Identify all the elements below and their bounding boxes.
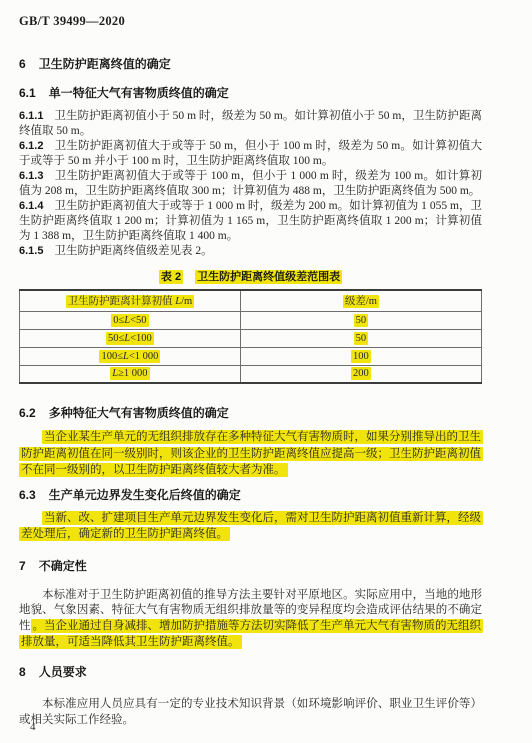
- clause-6-1-1: 6.1.1卫生防护距离初值小于 50 m 时，级差为 50 m。如计算初值小于 …: [19, 109, 482, 139]
- document-page: GB/T 39499—2020 6卫生防护距离终值的确定 6.1单一特征大气有害…: [0, 0, 532, 743]
- section-8-heading: 8人员要求: [19, 663, 482, 680]
- clause-text: 卫生防护距离初值大于或等于 1 000 m 时，级差为 200 m。如计算初值为…: [19, 200, 482, 242]
- clause-6-1-5: 6.1.5卫生防护距离终值级差见表 2。: [19, 244, 482, 259]
- section-7-heading: 7不确定性: [19, 557, 482, 574]
- table2-caption: 表 2卫生防护距离终值级差范围表: [19, 268, 482, 284]
- para-8-text: 本标准应用人员应具有一定的专业技术知识背景（如环境影响评价、职业卫生评价等）或相…: [19, 698, 482, 726]
- step-value: 100: [351, 350, 371, 363]
- range-post: <50: [130, 315, 146, 326]
- cell-range: L≥1 000: [20, 365, 241, 383]
- para-8: 本标准应用人员应具有一定的专业技术知识背景（如环境影响评价、职业卫生评价等）或相…: [19, 696, 482, 728]
- section-7-number: 7: [19, 559, 26, 573]
- header-col1-text: 卫生防护距离计算初值: [68, 296, 176, 307]
- section-6-2-title: 多种特征大气有害物质终值的确定: [49, 406, 229, 420]
- clause-number: 6.1.5: [19, 245, 43, 257]
- section-6-2-number: 6.2: [19, 406, 36, 420]
- para-6-3: 当新、改、扩建项目生产单元边界发生变化后，需对卫生防护距离初值重新计算，经级差处…: [19, 510, 482, 543]
- cell-range: 0≤L<50: [20, 311, 241, 329]
- para-7: 本标准对于卫生防护距离初值的推导方法主要针对平原地区。实际应用中，当地的地形地貌…: [19, 588, 482, 651]
- clause-text: 卫生防护距离初值大于或等于 50 m，但小于 100 m 时，级差为 50 m。…: [19, 140, 482, 167]
- section-6-number: 6: [19, 57, 26, 71]
- section-6-3-number: 6.3: [19, 488, 36, 502]
- clause-text: 卫生防护距离终值级差见表 2。: [54, 245, 212, 257]
- step-value: 200: [351, 367, 371, 380]
- table2-caption-label: 表 2: [159, 270, 183, 284]
- section-6-3-title: 生产单元边界发生变化后终值的确定: [49, 488, 241, 502]
- section-6-title: 卫生防护距离终值的确定: [39, 57, 171, 71]
- range-pre: 100≤: [101, 351, 123, 362]
- clause-number: 6.1.2: [19, 140, 43, 152]
- table2: 卫生防护距离计算初值 L/m 级差/m 0≤L<50 50 50≤L<100 5…: [19, 289, 482, 384]
- section-7-title: 不确定性: [39, 559, 87, 573]
- page-number: 4: [30, 721, 36, 733]
- range-post: <1 000: [129, 351, 159, 362]
- section-6-1-heading: 6.1单一特征大气有害物质终值的确定: [19, 84, 482, 101]
- clause-number: 6.1.1: [19, 110, 43, 122]
- header-cell-initial-value: 卫生防护距离计算初值 L/m: [20, 290, 241, 311]
- clause-text: 卫生防护距离初值大于或等于 100 m，但小于 1 000 m 时，级差为 10…: [19, 170, 482, 197]
- section-6-1-number: 6.1: [19, 86, 36, 100]
- doc-number: GB/T 39499—2020: [19, 14, 482, 29]
- header-col1-unit: /m: [181, 296, 192, 307]
- clause-6-1-2: 6.1.2卫生防护距离初值大于或等于 50 m，但小于 100 m 时，级差为 …: [19, 139, 482, 169]
- header-cell-step: 级差/m: [240, 290, 481, 311]
- clause-6-1-4: 6.1.4卫生防护距离初值大于或等于 1 000 m 时，级差为 200 m。如…: [19, 199, 482, 244]
- para-6-2-highlight: 当企业某生产单元的无组织排放存在多种特征大气有害物质时，如果分别推导出的卫生防护…: [19, 430, 483, 477]
- clause-number: 6.1.3: [19, 170, 43, 182]
- clause-number: 6.1.4: [19, 200, 43, 212]
- header-col2-text: 级差/m: [343, 295, 379, 308]
- table2-caption-title: 卫生防护距离终值级差范围表: [195, 270, 342, 284]
- cell-range: 50≤L<100: [20, 329, 241, 347]
- clause-6-1-3: 6.1.3卫生防护距离初值大于或等于 100 m，但小于 1 000 m 时，级…: [19, 169, 482, 199]
- section-6-3-heading: 6.3生产单元边界发生变化后终值的确定: [19, 486, 482, 503]
- clause-text: 卫生防护距离初值小于 50 m 时，级差为 50 m。如计算初值小于 50 m，…: [19, 110, 482, 137]
- cell-step-value: 200: [240, 365, 481, 383]
- range-post: ≥1 000: [118, 368, 147, 379]
- section-8-title: 人员要求: [39, 665, 87, 679]
- section-6-heading: 6卫生防护距离终值的确定: [19, 55, 482, 72]
- table2-header-row: 卫生防护距离计算初值 L/m 级差/m: [20, 290, 482, 311]
- table-row: L≥1 000 200: [20, 365, 482, 383]
- table-row: 50≤L<100 50: [20, 329, 482, 347]
- cell-step-value: 50: [240, 311, 481, 329]
- para-7-highlight: 。当企业通过自身减排、增加防护措施等方法切实降低了生产单元大气有害物质的无组织排…: [19, 619, 483, 649]
- para-6-2: 当企业某生产单元的无组织排放存在多种特征大气有害物质时，如果分别推导出的卫生防护…: [19, 429, 482, 479]
- table-row: 0≤L<50 50: [20, 311, 482, 329]
- cell-step-value: 100: [240, 347, 481, 365]
- section-8-number: 8: [19, 665, 26, 679]
- range-pre: 0≤: [113, 315, 124, 326]
- para-6-3-highlight: 当新、改、扩建项目生产单元边界发生变化后，需对卫生防护距离初值重新计算，经级差处…: [19, 511, 483, 542]
- cell-range: 100≤L<1 000: [20, 347, 241, 365]
- range-pre: 50≤: [108, 333, 124, 344]
- clause-list: 6.1.1卫生防护距离初值小于 50 m 时，级差为 50 m。如计算初值小于 …: [19, 109, 482, 259]
- section-6-2-heading: 6.2多种特征大气有害物质终值的确定: [19, 404, 482, 421]
- step-value: 50: [354, 332, 369, 345]
- section-6-1-title: 单一特征大气有害物质终值的确定: [49, 86, 229, 100]
- step-value: 50: [354, 314, 369, 327]
- cell-step-value: 50: [240, 329, 481, 347]
- table-row: 100≤L<1 000 100: [20, 347, 482, 365]
- range-post: <100: [130, 333, 152, 344]
